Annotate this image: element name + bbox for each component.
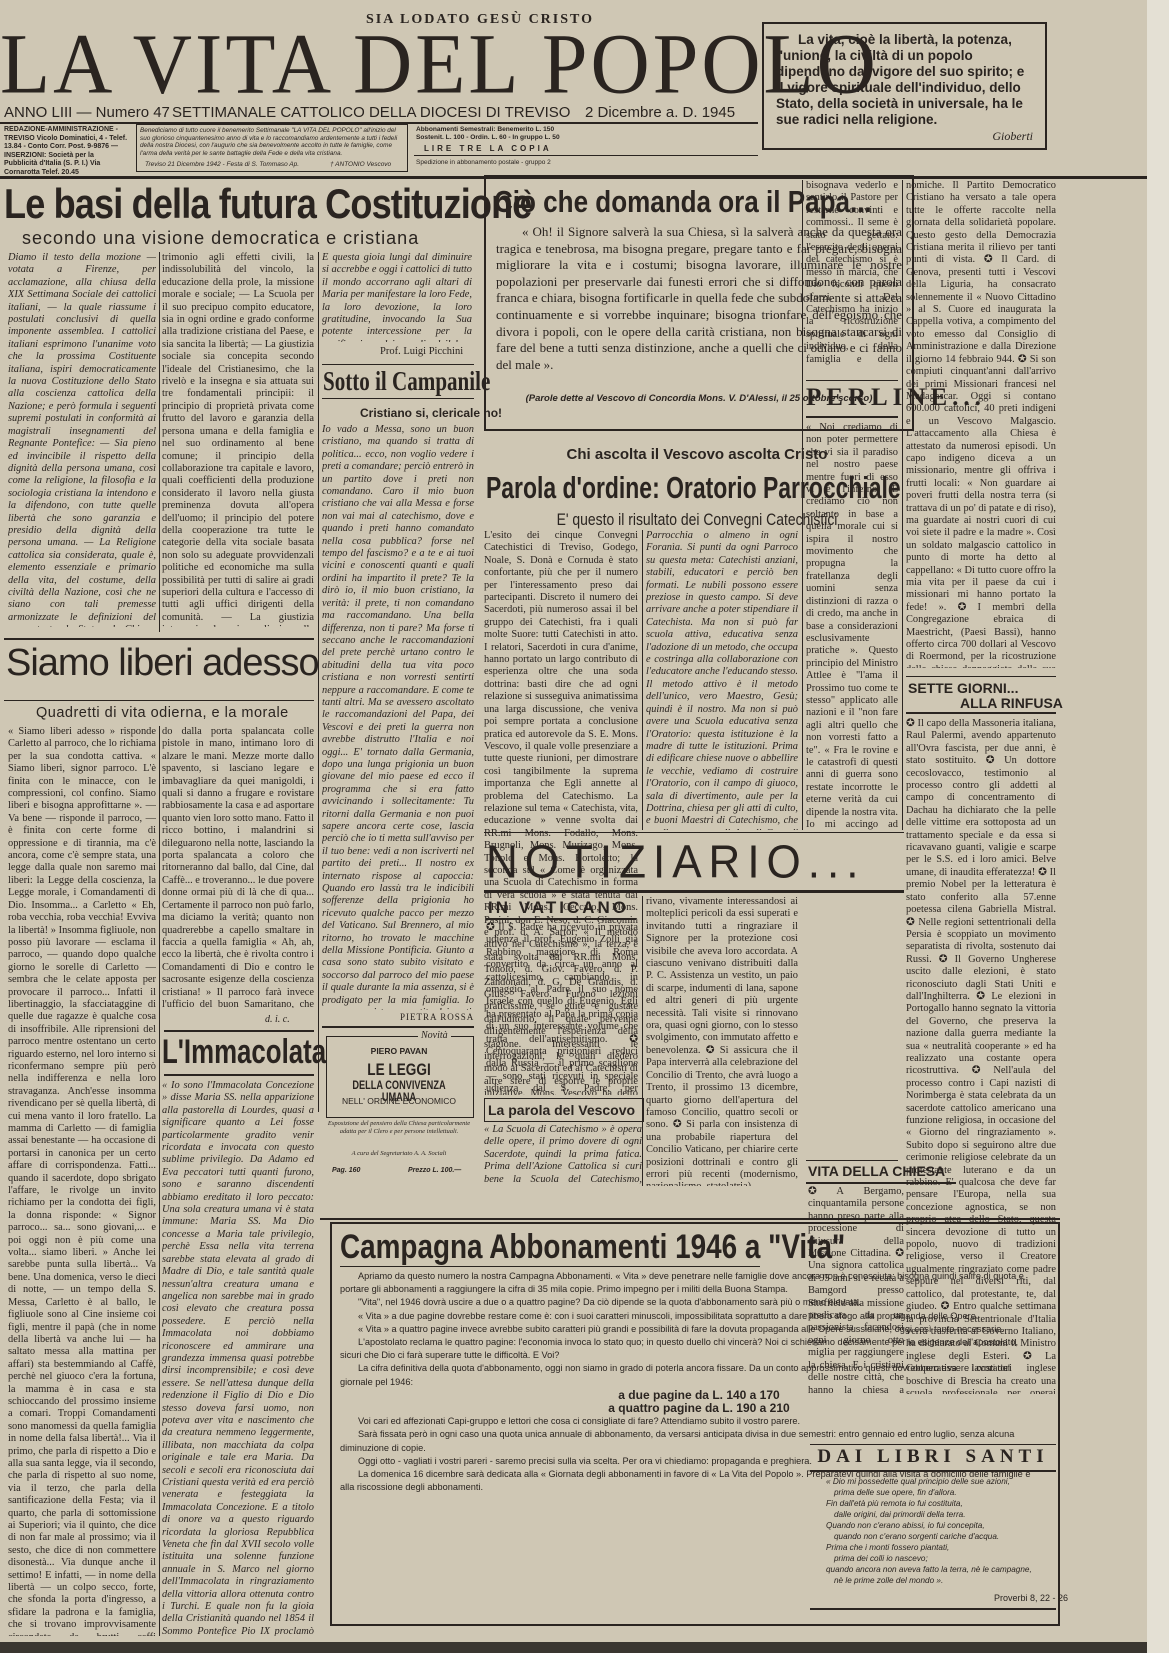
- abbonamenti-paragraph: L'apostolato reclama le quattro pagine: …: [340, 1336, 1040, 1362]
- siamo-liberi-author: d. i. c.: [265, 1014, 290, 1025]
- abbonamenti-paragraph: Apriamo da questo numero la nostra Campa…: [340, 1270, 1040, 1296]
- libri-santi-source: Proverbi 8, 22 - 26: [994, 1593, 1068, 1603]
- headline-abbonamenti: Campagna Abbonamenti 1946 a "Vita": [340, 1228, 845, 1267]
- book-price: Prezzo L. 100.—: [408, 1167, 461, 1174]
- verse-line: nè le prime zolle del mondo ».: [826, 1575, 1056, 1586]
- bishop-blessing: Benediciamo di tutto cuore il benemerito…: [140, 127, 402, 157]
- abbonamenti-paragraph: « Vita » a due pagine dovrebbe restare c…: [340, 1310, 1040, 1323]
- book-description: Esposizione del pensiero della Chiesa pa…: [326, 1120, 472, 1136]
- headline-immacolata: L'Immacolata: [162, 1033, 326, 1072]
- campanile-author: PIETRA ROSSA: [400, 1012, 474, 1022]
- admin-info: REDAZIONE-AMMINISTRAZIONE - TREVISO Vico…: [4, 126, 129, 166]
- blessing-place: Treviso 21 Dicembre 1942 - Festa di S. T…: [145, 160, 299, 169]
- sette-giorni-subtitle: ALLA RINFUSA: [960, 695, 1063, 711]
- abbonamenti-paragraph: "Vita", nel 1946 dovrà uscire a due o a …: [340, 1296, 1040, 1309]
- siamo-liberi-col-2: do dalla porta spalancata colle pistole …: [162, 726, 314, 1008]
- abbonamenti-paragraph: Voi cari ed affezionati Capi-gruppo e le…: [340, 1415, 1040, 1428]
- book-publisher: A cura del Segretariato A. A. Sociali: [326, 1150, 472, 1157]
- subscription-rates: Abbonamenti Semestrali: Benemerito L. 15…: [416, 126, 576, 142]
- verse-line: Fin dall'età più remota io fui costituit…: [826, 1498, 1056, 1509]
- abbonamenti-paragraph: La cifra definitiva della quota d'abbona…: [340, 1362, 1040, 1388]
- costituzione-col-1: Diamo il testo della mozione — votata a …: [8, 252, 156, 627]
- gioberti-quote: La vita, cioè la libertà, la potenza, l'…: [762, 22, 1047, 150]
- headline-costituzione: Le basi della futura Costituzione: [4, 180, 532, 228]
- headline-campanile: Sotto il Campanile: [323, 366, 490, 397]
- abbonamenti-paragraph: « Vita » a quattro pagine invece avrebbe…: [340, 1323, 1040, 1336]
- parola-vescovo-body: « La Scuola di Catechismo » è opera dell…: [484, 1124, 642, 1184]
- postal-note: Spedizione in abbonamento postale - grup…: [416, 158, 551, 167]
- book-title-3: NELL' ORDINE ECONOMICO: [326, 1096, 472, 1106]
- verse-line: quando non c'erano sorgenti cariche d'ac…: [826, 1531, 1056, 1542]
- verse-line: Prima che i monti fossero piantati,: [826, 1542, 1056, 1553]
- scan-edge: [1147, 0, 1169, 1653]
- masthead-subtitle: SETTIMANALE CATTOLICO DELLA DIOCESI DI T…: [172, 104, 570, 121]
- book-pages: Pag. 160: [332, 1167, 360, 1174]
- headline-siamo-liberi: Siamo liberi adesso: [6, 642, 319, 685]
- issue-number: ANNO LIII — Numero 47: [4, 104, 170, 121]
- chiesa-news-column: nomiche. Il Partito Democratico Cristian…: [906, 180, 1056, 668]
- verse-line: Quando non c'erano abissi, io fui concep…: [826, 1520, 1056, 1531]
- book-title-1: LE LEGGI: [341, 1060, 458, 1080]
- quote-author: Gioberti: [776, 128, 1033, 144]
- newspaper-page: SIA LODATO GESÙ CRISTO LA VITA DEL POPOL…: [0, 0, 1160, 1642]
- masthead-title: LA VITA DEL POPOLO: [0, 26, 770, 102]
- quote-text: La vita, cioè la libertà, la potenza, l'…: [776, 32, 1033, 128]
- verse-line: « Dio mi possedette qual principio delle…: [826, 1476, 1056, 1487]
- subhead-campanile: Cristiano si, clericale no!: [360, 406, 502, 420]
- headline-notiziario: NOTIZIARIO...: [486, 837, 865, 890]
- campanile-body: Io vado a Messa, sono un buon cristiano,…: [322, 424, 474, 1010]
- siamo-liberi-col-1: « Siamo liberi adesso » risponde Carlett…: [8, 726, 156, 1636]
- vita-chiesa-title: VITA DELLA CHIESA: [808, 1163, 945, 1179]
- perline-body: « Noi crediamo di non poter permettere c…: [806, 422, 898, 830]
- blessing-signature: † ANTONIO Vescovo: [330, 160, 391, 169]
- verse-line: quando ancora non aveva fatto la terra, …: [826, 1564, 1056, 1575]
- sette-giorni-title: SETTE GIORNI...: [908, 680, 1018, 696]
- costituzione-col-3: E questa gioia lungi dal diminuire si ac…: [322, 252, 472, 342]
- verse-line: prima dei colli io nascevo;: [826, 1553, 1056, 1564]
- book-author: PIERO PAVAN: [326, 1046, 472, 1056]
- price: LIRE TRE LA COPIA: [424, 144, 552, 153]
- subhead-siamo-liberi: Quadretti di vita odierna, e la morale: [36, 705, 289, 721]
- subhead-costituzione: secondo una visione democratica e cristi…: [22, 228, 419, 249]
- verse-line: dalle origini, dai primordii della terra…: [826, 1509, 1056, 1520]
- headline-parola-vescovo: La parola del Vescovo: [488, 1102, 635, 1118]
- libri-santi-title: DAI LIBRI SANTI: [810, 1446, 1056, 1468]
- oratorio-continuation: bisognava vederlo e sentirlo il Pastore …: [806, 180, 898, 366]
- costituzione-author: Prof. Luigi Picchini: [380, 346, 463, 357]
- novita-label: Novità: [418, 1030, 451, 1041]
- vaticano-col-1: ✪ Il S. Padre ha ricevuto in privata udi…: [486, 922, 638, 1094]
- libri-santi-verses: « Dio mi possedette qual principio delle…: [826, 1476, 1056, 1586]
- in-vaticano-title: IN VATICANO: [488, 898, 629, 918]
- price-four-pages: a quattro pagine da L. 190 a 210: [340, 1402, 1040, 1415]
- costituzione-col-2: trimonio agli effetti civili, la indisso…: [162, 252, 314, 627]
- oratorio-col-2: Parrocchia o almeno in ogni Foranìa. Si …: [646, 530, 798, 830]
- verse-line: prima delle sue opere, fin d'allora.: [826, 1487, 1056, 1498]
- issue-date: 2 Dicembre a. D. 1945: [585, 104, 735, 121]
- vaticano-col-2: rivano, vivamente interessandosi ai molt…: [646, 896, 798, 1186]
- immacolata-body: « Io sono l'Immacolata Concezione » diss…: [162, 1080, 314, 1636]
